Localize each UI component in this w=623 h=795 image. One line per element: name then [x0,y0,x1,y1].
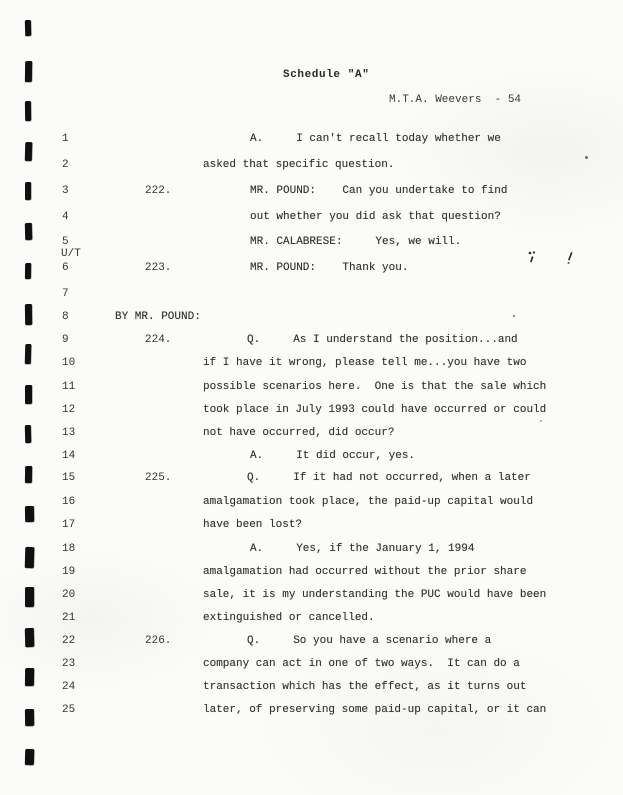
line-text: Q. As I understand the position...and [247,334,518,346]
line-number: 9 [62,334,69,346]
line-number: 6 [62,262,69,274]
transcript-line: 17have been lost? [0,519,623,535]
line-number: 23 [62,658,75,670]
transcript-line: 12took place in July 1993 could have occ… [0,404,623,420]
transcript-line: 8BY MR. POUND: [0,311,623,327]
line-text: if I have it wrong, please tell me...you… [203,357,526,369]
line-number: 14 [62,450,75,462]
question-number: 222. [145,185,171,197]
schedule-title: Schedule "A" [283,69,369,81]
line-text: A. Yes, if the January 1, 1994 [250,543,474,555]
line-text: out whether you did ask that question? [250,211,501,223]
line-number: 2 [62,159,69,171]
line-text: asked that specific question. [203,159,394,171]
line-text: MR. POUND: Thank you. [250,262,408,274]
speck-artifact [540,420,542,422]
line-text: A. It did occur, yes. [250,450,415,462]
transcript-line: 24transaction which has the effect, as i… [0,681,623,697]
transcript-line: 18A. Yes, if the January 1, 1994 [0,543,623,559]
line-number: 1 [62,133,69,145]
line-number: 18 [62,543,75,555]
line-text: MR. POUND: Can you undertake to find [250,185,507,197]
binding-hole-mark [25,60,32,81]
line-text: have been lost? [203,519,302,531]
line-number: 20 [62,589,75,601]
line-number: 19 [62,566,75,578]
undertaking-tag: U/T [61,248,81,260]
line-text: MR. CALABRESE: Yes, we will. [250,236,461,248]
line-number: 5 [62,236,69,248]
speck-artifact [513,315,515,317]
question-number: 224. [145,334,171,346]
transcript-line: 9224.Q. As I understand the position...a… [0,334,623,350]
transcript-line: 3222.MR. POUND: Can you undertake to fin… [0,185,623,201]
ink-smudge [526,250,540,266]
ink-smudge [565,251,575,267]
transcript-line: 10if I have it wrong, please tell me...y… [0,357,623,373]
transcript-line: 11possible scenarios here. One is that t… [0,381,623,397]
scanned-transcript-page: Schedule "A" M.T.A. Weevers - 54 1A. I c… [0,0,623,795]
line-text: later, of preserving some paid-up capita… [203,704,546,716]
line-number: 13 [62,427,75,439]
question-number: 223. [145,262,171,274]
speck-artifact [585,156,588,159]
line-text: company can act in one of two ways. It c… [203,658,520,670]
line-number: 24 [62,681,75,693]
line-number: 21 [62,612,75,624]
transcript-line: 25later, of preserving some paid-up capi… [0,704,623,720]
line-number: 17 [62,519,75,531]
line-number: 3 [62,185,69,197]
line-text: amalgamation took place, the paid-up cap… [203,496,533,508]
line-number: 10 [62,357,75,369]
transcript-line: 7 [0,288,623,304]
line-text: A. I can't recall today whether we [250,133,501,145]
binding-hole-mark [25,101,31,121]
line-text: amalgamation had occurred without the pr… [203,566,526,578]
line-text: took place in July 1993 could have occur… [203,404,546,416]
line-text: Q. If it had not occurred, when a later [247,472,531,484]
question-number: 226. [145,635,171,647]
transcript-line: 20sale, it is my understanding the PUC w… [0,589,623,605]
witness-page-header: M.T.A. Weevers - 54 [389,94,521,106]
transcript-line: 16amalgamation took place, the paid-up c… [0,496,623,512]
line-number: 11 [62,381,75,393]
transcript-line: 4out whether you did ask that question? [0,211,623,227]
transcript-line: 15225.Q. If it had not occurred, when a … [0,472,623,488]
transcript-line: 21extinguished or cancelled. [0,612,623,628]
transcript-line: 23company can act in one of two ways. It… [0,658,623,674]
line-number: 25 [62,704,75,716]
line-number: 4 [62,211,69,223]
transcript-line: 14A. It did occur, yes. [0,450,623,466]
binding-hole-mark [25,749,34,765]
transcript-line: 19amalgamation had occurred without the … [0,566,623,582]
comb-binding-rail [0,0,45,795]
line-text: sale, it is my understanding the PUC wou… [203,589,546,601]
binding-hole-mark [25,20,31,36]
line-number: 7 [62,288,69,300]
line-text: not have occurred, did occur? [203,427,394,439]
line-number: 15 [62,472,75,484]
line-number: 8 [62,311,69,323]
line-text: Q. So you have a scenario where a [247,635,491,647]
question-number: 225. [145,472,171,484]
line-text: transaction which has the effect, as it … [203,681,526,693]
line-text: possible scenarios here. One is that the… [203,381,546,393]
transcript-line: 22226.Q. So you have a scenario where a [0,635,623,651]
transcript-line: 13not have occurred, did occur? [0,427,623,443]
transcript-line: 2asked that specific question. [0,159,623,175]
line-text: BY MR. POUND: [115,311,201,323]
line-text: extinguished or cancelled. [203,612,375,624]
line-number: 22 [62,635,75,647]
line-number: 12 [62,404,75,416]
line-number: 16 [62,496,75,508]
transcript-line: 1A. I can't recall today whether we [0,133,623,149]
